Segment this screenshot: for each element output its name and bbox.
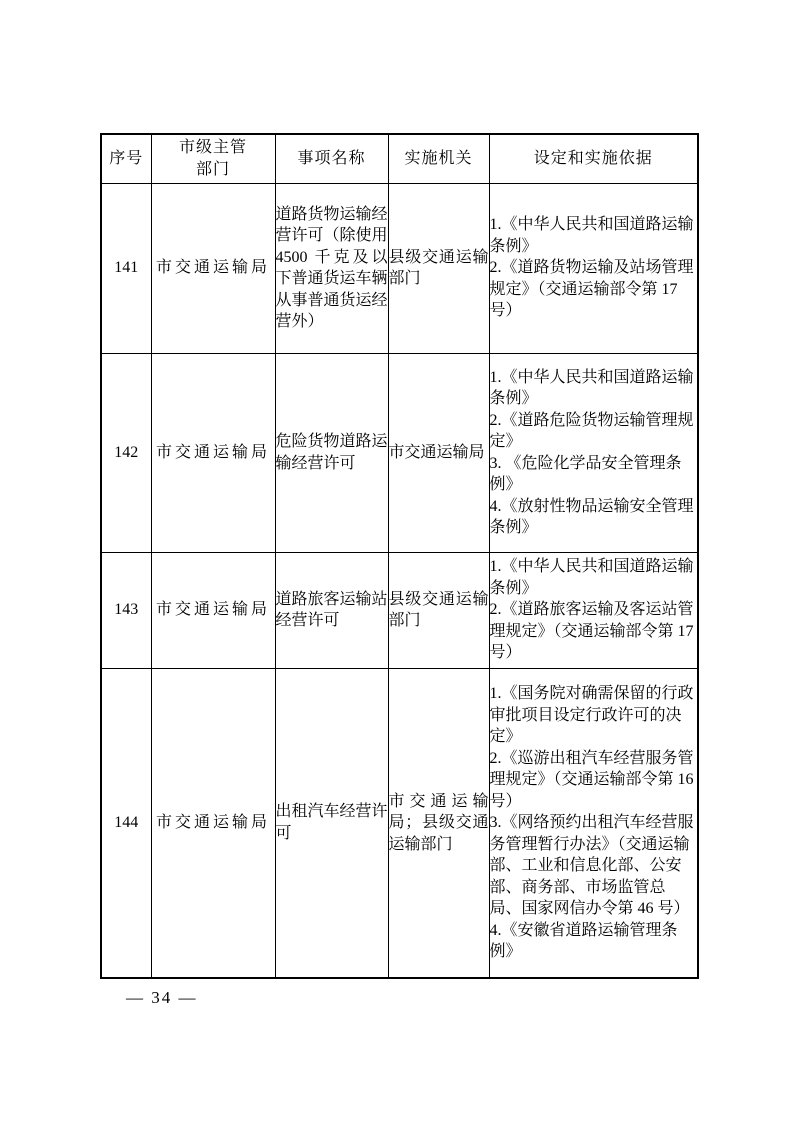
cell-index: 143	[101, 552, 151, 668]
cell-agency: 市交通运输局；县级交通运输部门	[388, 668, 489, 978]
table-row: 141 市交通运输局 道路货物运输经营许可（除使用 4500 千克及以下普通货运…	[101, 183, 698, 353]
licensing-table: 序号 市级主管 部门 事项名称 实施机关 设定和实施依据 141 市交通运输局 …	[100, 133, 699, 979]
cell-item: 道路旅客运输站经营许可	[275, 552, 388, 668]
header-index: 序号	[101, 134, 151, 183]
cell-basis: 1.《中华人民共和国道路运输条例》 2.《道路旅客运输及客运站管理规定》（交通运…	[489, 552, 698, 668]
page-number: — 34 —	[126, 988, 198, 1008]
cell-department: 市交通运输局	[151, 183, 275, 353]
cell-agency: 市交通运输局	[388, 353, 489, 552]
table-header-row: 序号 市级主管 部门 事项名称 实施机关 设定和实施依据	[101, 134, 698, 183]
header-agency: 实施机关	[388, 134, 489, 183]
cell-department: 市交通运输局	[151, 552, 275, 668]
cell-item: 道路货物运输经营许可（除使用 4500 千克及以下普通货运车辆从事普通货运经营外…	[275, 183, 388, 353]
cell-basis: 1.《国务院对确需保留的行政审批项目设定行政许可的决定》 2.《巡游出租汽车经营…	[489, 668, 698, 978]
header-basis: 设定和实施依据	[489, 134, 698, 183]
cell-index: 144	[101, 668, 151, 978]
cell-index: 142	[101, 353, 151, 552]
cell-index: 141	[101, 183, 151, 353]
cell-item: 出租汽车经营许可	[275, 668, 388, 978]
cell-agency: 县级交通运输部门	[388, 183, 489, 353]
cell-item: 危险货物道路运输经营许可	[275, 353, 388, 552]
header-department: 市级主管 部门	[151, 134, 275, 183]
cell-agency: 县级交通运输部门	[388, 552, 489, 668]
header-item: 事项名称	[275, 134, 388, 183]
cell-basis: 1.《中华人民共和国道路运输条例》 2.《道路货物运输及站场管理规定》（交通运输…	[489, 183, 698, 353]
document-page: 序号 市级主管 部门 事项名称 实施机关 设定和实施依据 141 市交通运输局 …	[0, 0, 793, 1122]
table-row: 142 市交通运输局 危险货物道路运输经营许可 市交通运输局 1.《中华人民共和…	[101, 353, 698, 552]
cell-department: 市交通运输局	[151, 353, 275, 552]
table-row: 144 市交通运输局 出租汽车经营许可 市交通运输局；县级交通运输部门 1.《国…	[101, 668, 698, 978]
cell-basis: 1.《中华人民共和国道路运输条例》 2.《道路危险货物运输管理规定》 3. 《危…	[489, 353, 698, 552]
table-row: 143 市交通运输局 道路旅客运输站经营许可 县级交通运输部门 1.《中华人民共…	[101, 552, 698, 668]
cell-department: 市交通运输局	[151, 668, 275, 978]
